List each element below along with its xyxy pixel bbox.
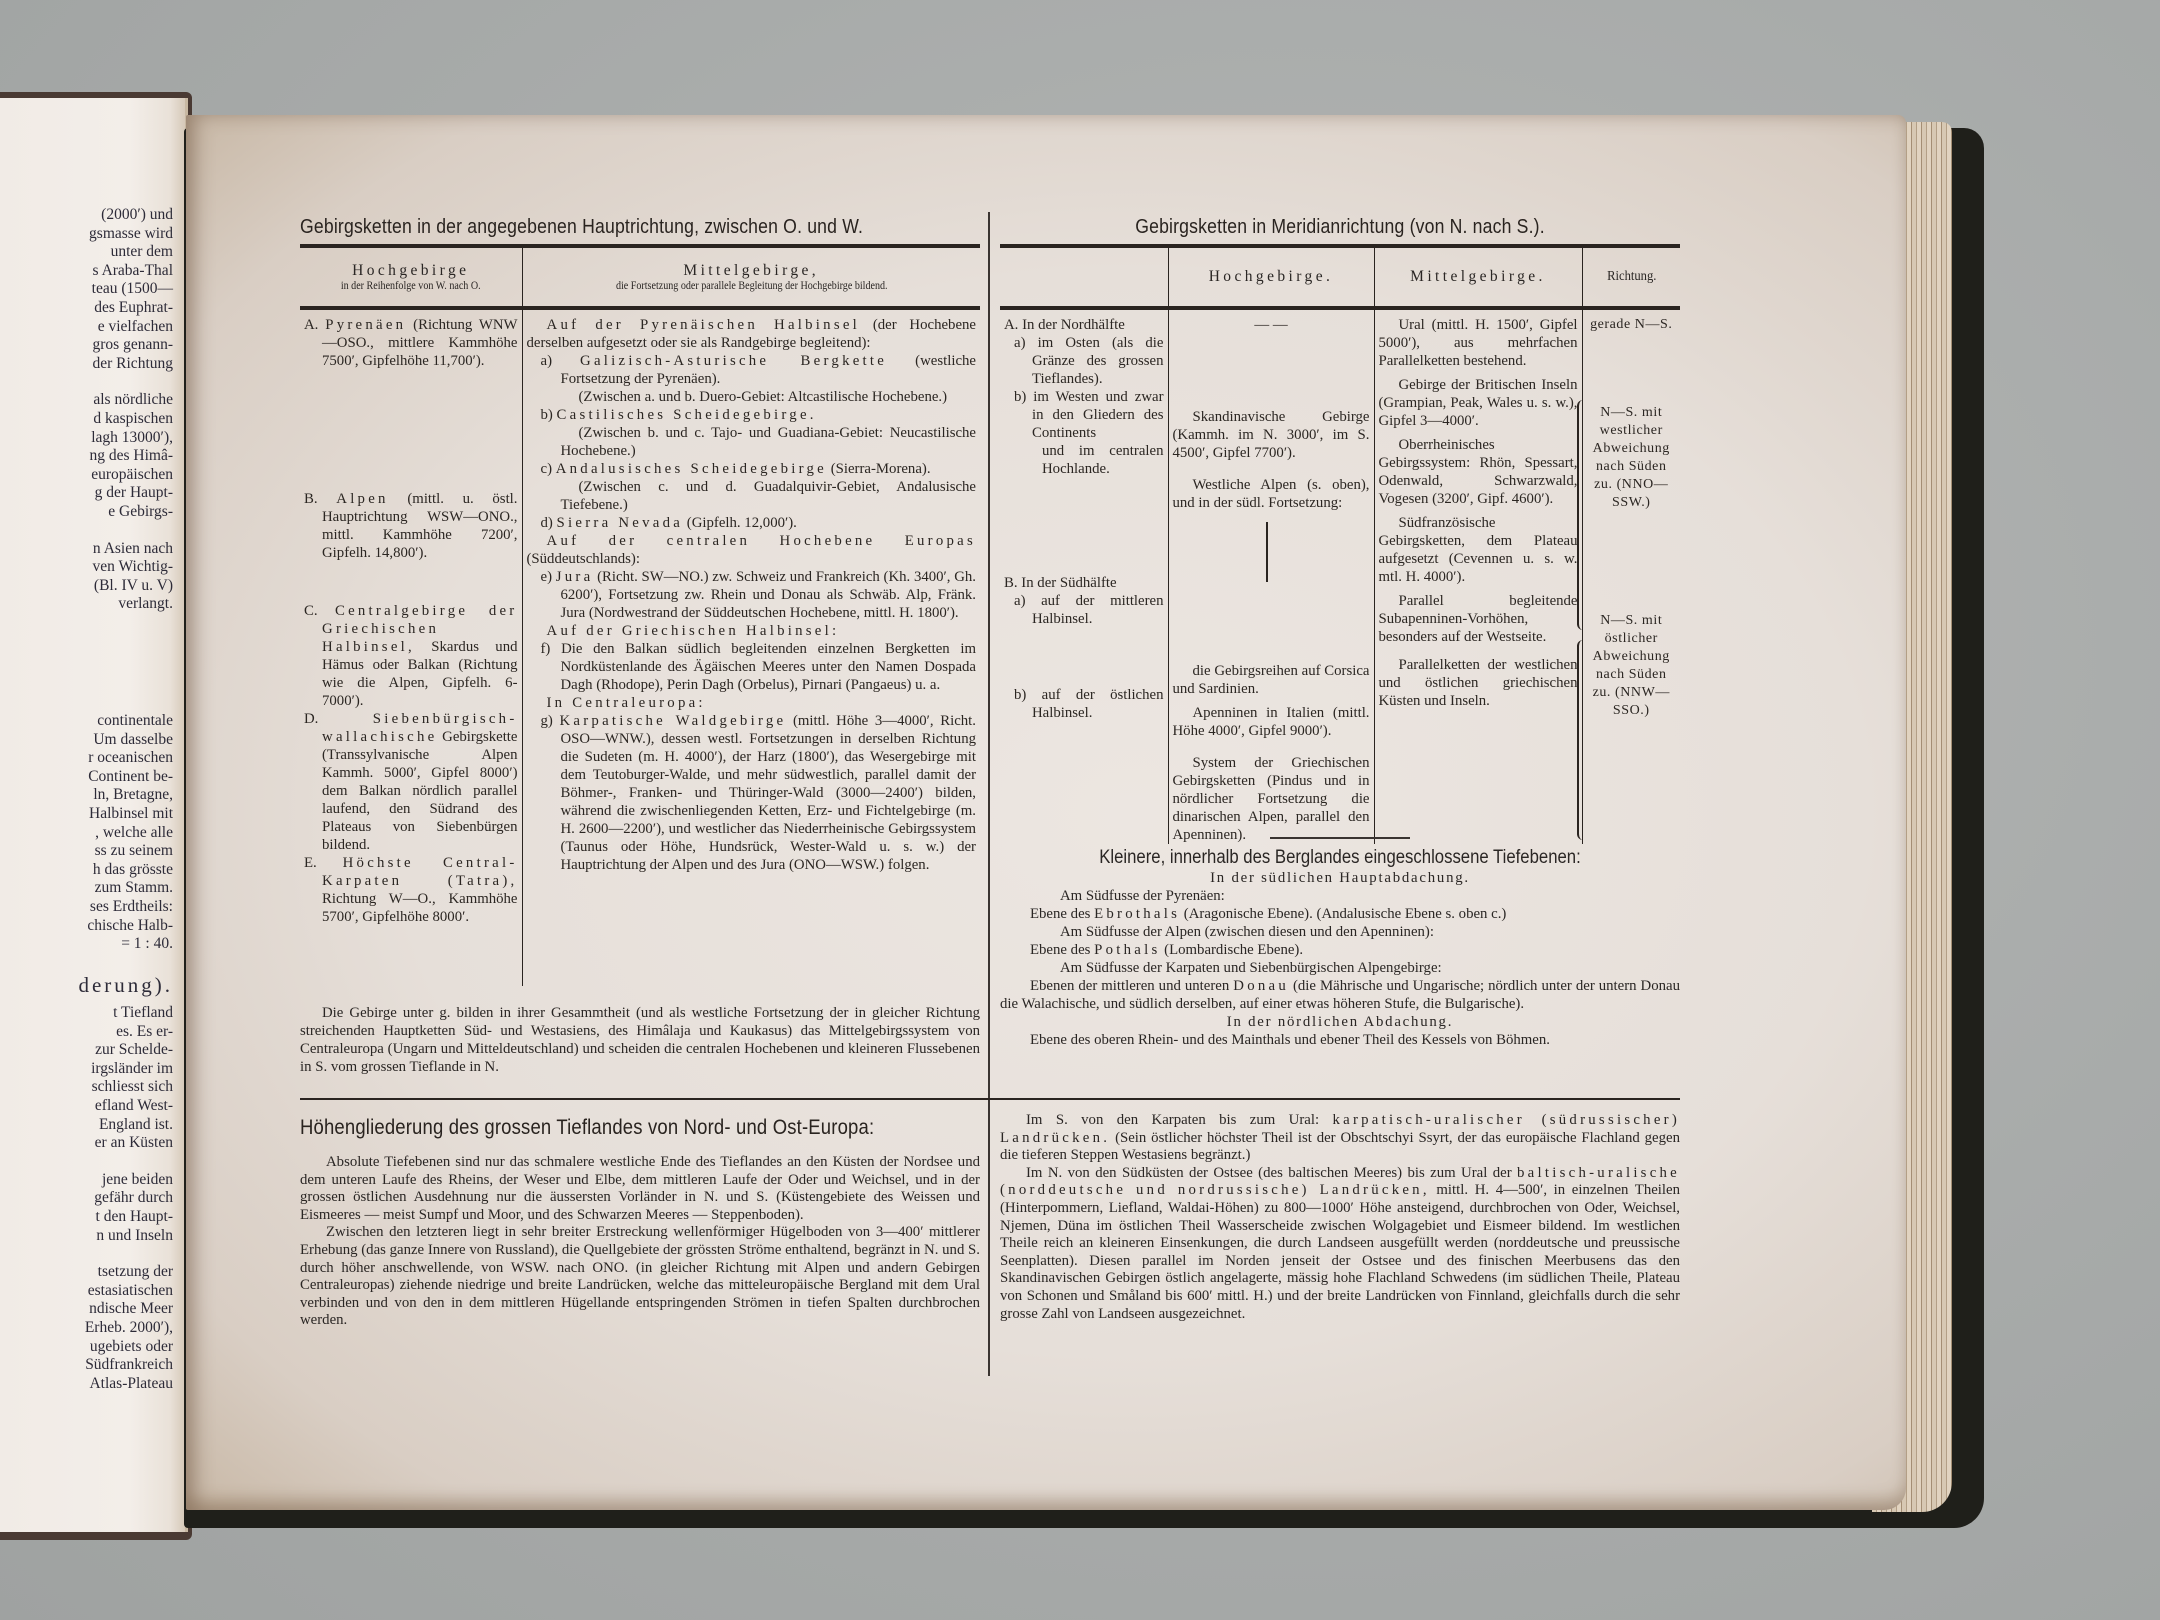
left-page-line: er an Küsten	[0, 1134, 173, 1153]
range-name: Höchste Central-Karpaten (Tatra),	[322, 855, 518, 889]
column-header-region	[1000, 248, 1168, 308]
left-page-line: continentale	[0, 712, 173, 731]
spaced-term: Sierra Nevada	[557, 515, 684, 531]
left-page-line: efland West-	[0, 1097, 173, 1116]
spacer	[0, 1153, 173, 1171]
north-heading: In der nördlichen Abdachung.	[1000, 1013, 1680, 1031]
hochgebirge-entry: B. Alpen (mittl. u. östl. Hauptrichtung …	[304, 490, 518, 562]
left-page-line: n und Inseln	[0, 1227, 173, 1246]
spacer	[1379, 646, 1578, 656]
left-page-line: der Richtung	[0, 355, 173, 374]
left-page-line: ses Erdtheils:	[0, 898, 173, 917]
lowland-list: Am Südfusse der Pyrenäen:Ebene des Ebrot…	[1000, 887, 1680, 1013]
spaced-term: Auf der Pyrenäischen Halbinsel	[547, 317, 861, 333]
region-label: A. In der Nordhälfte	[1004, 316, 1164, 334]
left-page-line: ndische Meer	[0, 1300, 173, 1319]
left-page-line: Erheb. 2000′),	[0, 1319, 173, 1338]
east-west-table: Hochgebirge in der Reihenfolge von W. na…	[300, 248, 980, 986]
left-page-line: e vielfachen	[0, 318, 173, 337]
region-label: B. In der Südhälfte	[1004, 574, 1164, 592]
left-page-line: chische Halb-	[0, 917, 173, 936]
north-text: Ebene des oberen Rhein- und des Mainthal…	[1000, 1031, 1680, 1049]
east-west-chains-section: Gebirgsketten in der angegebenen Hauptri…	[300, 212, 980, 986]
left-page-line: jene beiden	[0, 1171, 173, 1190]
hochgebirge-entry: die Gebirgsreihen auf Corsica und Sardin…	[1173, 662, 1370, 698]
region-label: a) im Osten (als die Gränze des grossen …	[1014, 334, 1164, 388]
spacer	[1173, 462, 1370, 476]
left-page-text-middle: continentaleUm dasselber oceanischenCont…	[0, 712, 173, 954]
brace-icon	[1577, 400, 1587, 630]
left-page-line: Continent be-	[0, 768, 173, 787]
paragraph: Absolute Tiefebenen sind nur das schmale…	[300, 1154, 980, 1224]
hochgebirge-cell: A. Pyrenäen (Richtung WNW—OSO., mittlere…	[300, 308, 522, 986]
left-page-line: s Araba-Thal	[0, 262, 173, 281]
left-page-heading: derung).	[0, 970, 173, 1000]
region-label: b) auf der östlichen Halbinsel.	[1014, 686, 1164, 722]
left-page-line: = 1 : 40.	[0, 935, 173, 954]
region-lead: Auf der centralen Hochebene Europas (Süd…	[527, 532, 977, 568]
left-page-line: teau (1500—	[0, 280, 173, 299]
left-page-line: zur Schelde-	[0, 1041, 173, 1060]
column-header-hochgebirge: Hochgebirge.	[1168, 248, 1374, 308]
spacer	[0, 373, 173, 391]
hochgebirge-entry: Apenninen in Italien (mittl. Höhe 4000′,…	[1173, 704, 1370, 740]
spaced-term: karpatisch-uralischer (südrussischer) La…	[1000, 1112, 1680, 1146]
left-page-line: Halbinsel mit	[0, 805, 173, 824]
left-page-line: t Tiefland	[0, 1004, 173, 1023]
hochgebirge-entry: E. Höchste Central-Karpaten (Tatra), Ric…	[304, 854, 518, 926]
basin-note: (Zwischen a. und b. Duero-Gebiet: Altcas…	[527, 388, 977, 406]
hochgebirge-entry: D. Siebenbürgisch-wallachische Gebirgske…	[304, 710, 518, 854]
spaced-term: Auf der Griechischen Halbinsel:	[547, 623, 840, 639]
region-lead: Auf der Pyrenäischen Halbinsel (der Hoch…	[527, 316, 977, 352]
range-item: b) Castilisches Scheidegebirge.	[541, 406, 977, 424]
range-item: a) Galizisch-Asturische Bergkette (westl…	[541, 352, 977, 388]
lowlands-title: Kleinere, innerhalb des Berglandes einge…	[1041, 849, 1639, 867]
paragraph: Im S. von den Karpaten bis zum Ural: kar…	[1000, 1112, 1680, 1165]
mittelgebirge-cell: Auf der Pyrenäischen Halbinsel (der Hoch…	[522, 308, 980, 986]
column-header-mittelgebirge: Mittelgebirge, die Fortsetzung oder para…	[522, 248, 980, 308]
left-page-line: (2000′) und	[0, 206, 173, 225]
region-label: und im centralen Hochlande.	[1014, 442, 1164, 478]
basin-note: (Zwischen b. und c. Tajo- und Guadiana-G…	[527, 424, 977, 460]
spaced-term: Donau	[1233, 978, 1289, 994]
left-page-line: ln, Bretagne,	[0, 786, 173, 805]
region-lead: In Centraleuropa:	[527, 694, 977, 712]
spacer	[1004, 478, 1164, 574]
spacer	[0, 1245, 173, 1263]
region-label: b) im Westen und zwar in den Gliedern de…	[1014, 388, 1164, 442]
left-page-line: verlangt.	[0, 595, 173, 614]
hochgebirge-cell: — —Skandinavische Gebirge (Kammh. im N. …	[1168, 308, 1374, 844]
column-divider	[988, 1106, 990, 1376]
left-page-line: r oceanischen	[0, 749, 173, 768]
spacer	[0, 522, 173, 540]
left-page-line: Südfrankreich	[0, 1356, 173, 1375]
left-page-text-bottom: t Tieflandes. Es er-zur Schelde-irgsländ…	[0, 1004, 173, 1393]
meridian-chains-section: Gebirgsketten in Meridianrichtung (von N…	[1000, 212, 1680, 844]
section-title: Gebirgsketten in der angegebenen Hauptri…	[300, 212, 885, 242]
hoehen-left-text: Absolute Tiefebenen sind nur das schmale…	[300, 1154, 980, 1330]
hochgebirge-entry: A. Pyrenäen (Richtung WNW—OSO., mittlere…	[304, 316, 518, 370]
left-page-line: tsetzung der	[0, 1263, 173, 1282]
basin-note: (Zwischen c. und d. Guadalquivir-Gebiet,…	[527, 478, 977, 514]
left-page-line: des Euphrat-	[0, 299, 173, 318]
lowlands-section: Kleinere, innerhalb des Berglandes einge…	[1000, 837, 1680, 1049]
continuation-line	[1266, 522, 1268, 582]
spacer	[1587, 512, 1677, 612]
paragraph: Zwischen den letzteren liegt in sehr bre…	[300, 1224, 980, 1330]
left-page-line: h das grösste	[0, 861, 173, 880]
range-item: g) Karpatische Waldgebirge (mittl. Höhe …	[541, 712, 977, 874]
spaced-term: Galizisch-Asturische Bergkette	[580, 353, 887, 369]
hochgebirge-entry: Westliche Alpen (s. oben), und in der sü…	[1173, 476, 1370, 512]
south-heading: In der südlichen Hauptabdachung.	[1000, 869, 1680, 887]
mittelgebirge-entry: Parallel begleitende Subapenninen-Vorhöh…	[1379, 592, 1578, 646]
left-page-line: europäischen	[0, 466, 173, 485]
range-name: Alpen	[336, 491, 388, 507]
left-page-line: estasiatischen	[0, 1282, 173, 1301]
spaced-term: baltisch-uralische (norddeutsche und nor…	[1000, 1165, 1680, 1199]
left-page-line: es. Es er-	[0, 1023, 173, 1042]
left-page-line: Atlas-Plateau	[0, 1375, 173, 1394]
meridian-table: Hochgebirge. Mittelgebirge. Richtung. A.…	[1000, 248, 1680, 844]
hoehen-left-column: Höhengliederung des grossen Tieflandes v…	[300, 1112, 980, 1330]
spacer	[1173, 512, 1370, 662]
left-page: (2000′) undgsmasse wirdunter dems Araba-…	[0, 98, 188, 1532]
spaced-term: Andalusisches Scheidegebirge	[556, 461, 827, 477]
spaced-term: Castilisches Scheidegebirge.	[557, 407, 817, 423]
mittelgebirge-cell: Ural (mittl. H. 1500′, Gipfel 5000′), au…	[1374, 308, 1582, 844]
left-page-line: ven Wichtig-	[0, 558, 173, 577]
left-page-line: Um dasselbe	[0, 731, 173, 750]
lowland-subheading: Am Südfusse der Pyrenäen:	[1000, 887, 1680, 905]
hochgebirge-entry: Skandinavische Gebirge (Kammh. im N. 300…	[1173, 408, 1370, 462]
mittelgebirge-entry: Oberrheinisches Gebirgssystem: Rhön, Spe…	[1379, 436, 1578, 508]
spacer	[1173, 334, 1370, 408]
hochgebirge-entry: System der Griechischen Gebirgsketten (P…	[1173, 754, 1370, 844]
left-page-line: gefähr durch	[0, 1189, 173, 1208]
left-page-line: t den Haupt-	[0, 1208, 173, 1227]
region-label: a) auf der mittleren Halbinsel.	[1014, 592, 1164, 628]
column-header-mittelgebirge: Mittelgebirge.	[1374, 248, 1582, 308]
left-page-line: n Asien nach	[0, 540, 173, 559]
column-divider	[988, 212, 990, 1112]
left-page-line: England ist.	[0, 1116, 173, 1135]
region-lead: Auf der Griechischen Halbinsel:	[527, 622, 977, 640]
range-item: e) Jura (Richt. SW—NO.) zw. Schweiz und …	[541, 568, 977, 622]
left-page-line: g der Haupt-	[0, 484, 173, 503]
left-page-line: e Gebirgs-	[0, 503, 173, 522]
mittelgebirge-entry: Südfranzösische Gebirgsketten, dem Plate…	[1379, 514, 1578, 586]
spacer	[1004, 628, 1164, 686]
direction-entry: N—S. mit östlicher Abweichung nach Süden…	[1587, 612, 1677, 720]
paragraph: Im N. von den Südküsten der Ostsee (des …	[1000, 1165, 1680, 1323]
left-page-line: als nördliche	[0, 391, 173, 410]
mittelgebirge-entry: Parallelketten der westlichen und östlic…	[1379, 656, 1578, 710]
left-page-line: gros genann-	[0, 336, 173, 355]
hoehengliederung-section: Höhengliederung des grossen Tieflandes v…	[300, 1098, 1680, 1100]
hochgebirge-entry: C. Centralgebirge der Griechischen Halbi…	[304, 602, 518, 710]
section-title: Gebirgsketten in Meridianrichtung (von N…	[1048, 212, 1633, 242]
column-header-hochgebirge: Hochgebirge in der Reihenfolge von W. na…	[300, 248, 522, 308]
spacer	[304, 562, 518, 602]
range-item: f) Die den Balkan südlich begleitenden e…	[541, 640, 977, 694]
left-page-line: gsmasse wird	[0, 225, 173, 244]
left-page-line: schliesst sich	[0, 1078, 173, 1097]
hoehen-right-column: Im S. von den Karpaten bis zum Ural: kar…	[1000, 1112, 1680, 1323]
hochgebirge-entry: — —	[1173, 316, 1370, 334]
left-page-text-top: (2000′) undgsmasse wirdunter dems Araba-…	[0, 206, 173, 614]
range-name: Siebenbürgisch-wallachische	[322, 711, 518, 745]
left-page-line: unter dem	[0, 243, 173, 262]
mittelgebirge-entry: Ural (mittl. H. 1500′, Gipfel 5000′), au…	[1379, 316, 1578, 370]
lowland-entry: Ebene des Ebrothals (Aragonische Ebene).…	[1000, 905, 1680, 923]
lowland-subheading: Am Südfusse der Alpen (zwischen diesen u…	[1000, 923, 1680, 941]
direction-entry: N—S. mit westlicher Abweichung nach Süde…	[1587, 404, 1677, 512]
left-page-line: ss zu seinem	[0, 842, 173, 861]
east-west-note: Die Gebirge unter g. bilden in ihrer Ges…	[300, 1004, 980, 1076]
left-page-line: , welche alle	[0, 824, 173, 843]
range-name: Pyrenäen	[325, 317, 406, 333]
left-page-line: lagh 13000′),	[0, 429, 173, 448]
lowland-entry: Ebenen der mittleren und unteren Donau (…	[1000, 977, 1680, 1013]
spaced-term: Jura	[556, 569, 594, 585]
region-cell: A. In der Nordhälftea) im Osten (als die…	[1000, 308, 1168, 844]
range-name: Centralgebirge der Griechischen Halbinse…	[322, 603, 518, 655]
brace-icon	[1577, 640, 1587, 840]
left-page-line: (Bl. IV u. V)	[0, 577, 173, 596]
richtung-cell: gerade N—S.N—S. mit westlicher Abweichun…	[1582, 308, 1680, 844]
lowland-subheading: Am Südfusse der Karpaten und Siebenbürgi…	[1000, 959, 1680, 977]
spaced-term: In Centraleuropa:	[547, 695, 706, 711]
mittelgebirge-entry: Gebirge der Britischen Inseln (Grampian,…	[1379, 376, 1578, 430]
range-item: c) Andalusisches Scheidegebirge (Sierra-…	[541, 460, 977, 478]
section-title: Höhengliederung des grossen Tieflandes v…	[300, 1112, 885, 1142]
spaced-term: Auf der centralen Hochebene Europas	[547, 533, 977, 549]
left-page-line: ng des Himâ-	[0, 447, 173, 466]
lowland-entry: Ebene des Pothals (Lombardische Ebene).	[1000, 941, 1680, 959]
spacer	[304, 370, 518, 490]
left-page-line: zum Stamm.	[0, 879, 173, 898]
left-page-line: ugebiets oder	[0, 1338, 173, 1357]
spacer	[1587, 334, 1677, 404]
spacer	[1173, 740, 1370, 754]
spaced-term: Pothals	[1094, 942, 1160, 958]
left-page-line: d kaspischen	[0, 410, 173, 429]
rule	[1270, 837, 1410, 839]
page-content: Gebirgsketten in der angegebenen Hauptri…	[300, 212, 1680, 1092]
rule	[300, 1098, 1680, 1100]
column-header-richtung: Richtung.	[1582, 248, 1680, 308]
spaced-term: Ebrothals	[1094, 906, 1180, 922]
range-item: d) Sierra Nevada (Gipfelh. 12,000′).	[541, 514, 977, 532]
left-page-line: irgsländer im	[0, 1060, 173, 1079]
direction-entry: gerade N—S.	[1587, 316, 1677, 334]
spaced-term: Karpatische Waldgebirge	[559, 713, 786, 729]
